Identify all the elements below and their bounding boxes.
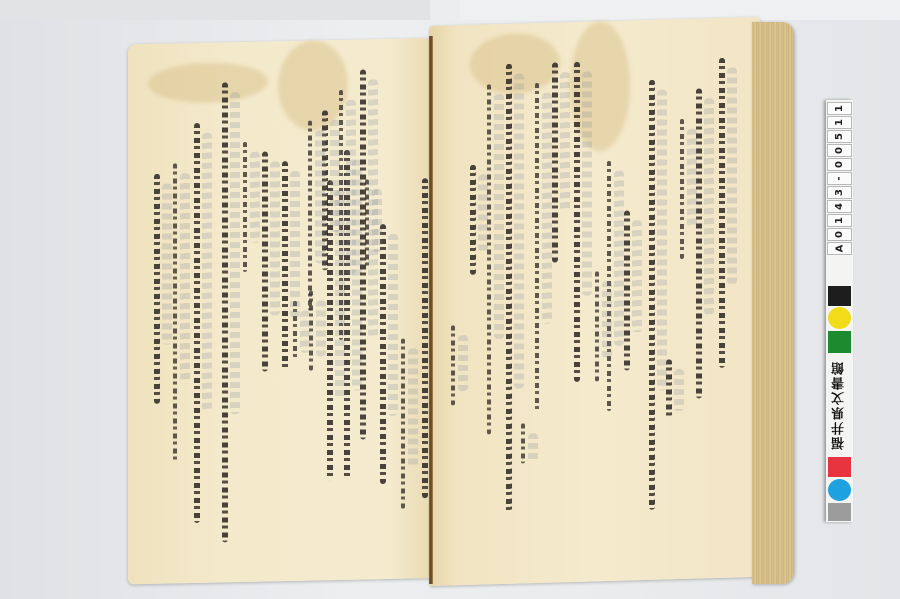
cursive-ink-stroke: [624, 210, 630, 370]
color-swatch-blue: [828, 479, 851, 501]
cursive-ink-stroke: [451, 325, 455, 405]
color-swatch-green: [828, 331, 851, 353]
cursive-ink-stroke: [154, 174, 160, 404]
handwritten-text-column: [150, 174, 164, 404]
archive-catalog-label: 11500-3410A 福井県文書館: [826, 100, 853, 522]
cursive-ink-stroke: [470, 165, 476, 275]
cursive-ink-stroke: [282, 161, 288, 371]
catalog-code-cell: 4: [827, 200, 852, 213]
cursive-ink-stroke: [649, 80, 655, 510]
catalog-code-char: 1: [834, 119, 845, 126]
catalog-code-char: 5: [834, 133, 845, 140]
catalog-code-char: 1: [834, 217, 845, 224]
catalog-code-char: -: [834, 176, 845, 180]
catalog-code-char: 0: [834, 161, 845, 168]
catalog-code-cell: 0: [827, 158, 852, 171]
cursive-ink-stroke: [574, 62, 580, 382]
catalog-code-char: 0: [834, 147, 845, 154]
cursive-ink-stroke: [422, 178, 428, 498]
catalog-code-cell: 5: [827, 130, 852, 143]
institution-name: 福井県文書館: [828, 357, 851, 453]
cursive-ink-stroke: [719, 58, 725, 368]
right-page: [430, 17, 760, 586]
catalog-number: 11500-3410A: [827, 102, 852, 256]
catalog-code-cell: 1: [827, 214, 852, 227]
handwritten-text-column: [570, 62, 584, 382]
catalog-code-cell: 3: [827, 186, 852, 199]
catalog-code-char: 3: [834, 189, 845, 196]
catalog-code-cell: 1: [827, 102, 852, 115]
handwritten-text-column: [356, 69, 370, 439]
catalog-code-cell: A: [827, 242, 852, 255]
catalog-code-char: 4: [834, 203, 845, 210]
cursive-ink-stroke: [680, 119, 684, 259]
color-swatch-black: [828, 286, 851, 306]
handwritten-text-column: [715, 58, 729, 368]
handwritten-text-column: [645, 80, 659, 510]
cursive-ink-stroke: [222, 82, 228, 542]
handwritten-text-column: [190, 123, 204, 523]
color-swatch-gray: [828, 503, 851, 521]
color-swatch-red: [828, 457, 851, 477]
handwritten-text-column: [303, 120, 317, 310]
handwritten-text-column: [675, 119, 689, 259]
cursive-ink-stroke: [506, 64, 512, 514]
handwritten-text-column: [502, 64, 516, 514]
cursive-ink-stroke: [487, 84, 491, 434]
left-cover-board: [0, 0, 430, 20]
handwritten-text-column: [590, 271, 604, 381]
catalog-code-cell: 1: [827, 116, 852, 129]
book-gutter: [429, 36, 433, 584]
handwritten-text-column: [530, 83, 544, 413]
catalog-code-cell: 0: [827, 228, 852, 241]
handwritten-text-column: [278, 161, 292, 371]
cursive-ink-stroke: [262, 151, 268, 371]
water-stain: [148, 61, 268, 104]
cursive-ink-stroke: [360, 69, 366, 439]
left-page: [128, 38, 434, 584]
handwritten-text-column: [258, 151, 272, 371]
cursive-ink-stroke: [595, 271, 599, 381]
handwritten-text-column: [516, 423, 530, 463]
handwritten-text-column: [466, 165, 480, 275]
page-block-edges: [752, 22, 794, 584]
cursive-ink-stroke: [535, 83, 539, 413]
handwritten-text-column: [218, 82, 232, 542]
catalog-code-char: 1: [834, 105, 845, 112]
cursive-ink-stroke: [380, 224, 386, 484]
handwritten-text-column: [238, 142, 252, 272]
catalog-code-cell: 0: [827, 144, 852, 157]
cursive-ink-stroke: [401, 339, 405, 509]
handwritten-text-column: [376, 224, 390, 484]
right-cover-board: [460, 0, 900, 20]
cursive-ink-stroke: [173, 163, 177, 463]
handwritten-text-column: [446, 325, 460, 405]
handwritten-text-column: [396, 339, 410, 509]
handwritten-text-column: [482, 84, 496, 434]
color-swatch-yellow: [828, 307, 851, 329]
cursive-ink-stroke: [308, 121, 312, 311]
cursive-ink-stroke: [243, 142, 247, 272]
catalog-code-char: A: [834, 245, 845, 253]
cursive-ink-stroke: [552, 62, 558, 262]
catalog-code-cell: -: [827, 172, 852, 185]
catalog-code-char: 0: [834, 231, 845, 238]
cursive-ink-stroke: [194, 123, 200, 523]
cursive-ink-stroke: [521, 423, 525, 463]
